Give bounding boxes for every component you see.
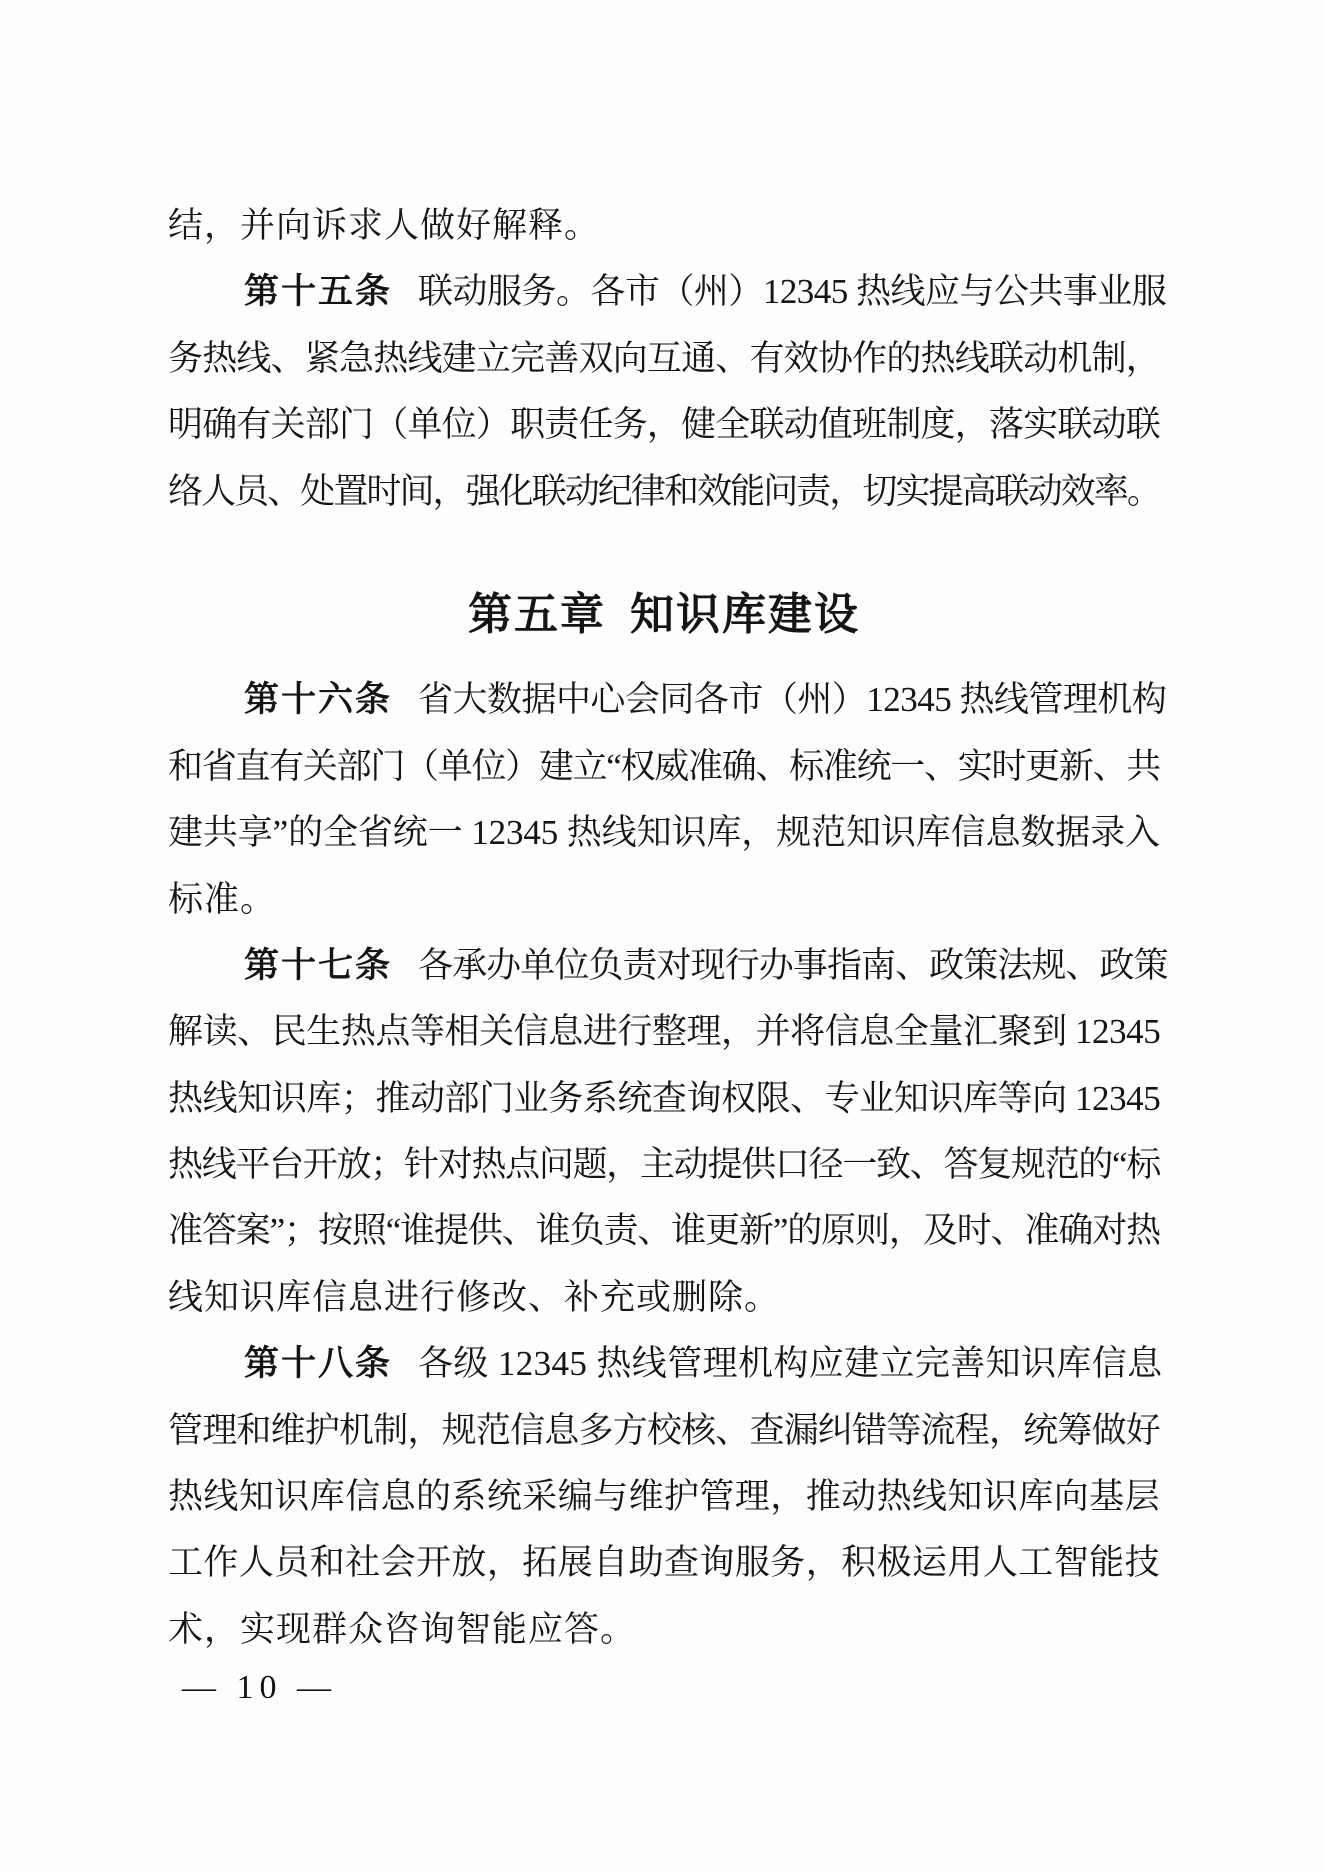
article-number-label: 第十六条 — [244, 680, 392, 719]
body-line: 术，实现群众咨询智能应答。 — [168, 1597, 1160, 1663]
body-line: 准答案”；按照“谁提供、谁负责、谁更新”的原则，及时、准确对热 — [168, 1198, 1160, 1264]
body-line: 明确有关部门（单位）职责任务，健全联动值班制度，落实联动联 — [168, 392, 1160, 458]
body-line-article-16: 第十六条省大数据中心会同各市（州）12345 热线管理机构 — [168, 667, 1160, 733]
body-line-text: 各级 12345 热线管理机构应建立完善知识库信息 — [418, 1344, 1162, 1383]
body-line: 线知识库信息进行修改、补充或删除。 — [168, 1265, 1160, 1331]
page-number: — 10 — — [182, 1666, 337, 1710]
article-number-label: 第十七条 — [244, 946, 392, 985]
body-line: 标准。 — [168, 867, 1160, 933]
body-line: 建共享”的全省统一 12345 热线知识库，规范知识库信息数据录入 — [168, 800, 1160, 866]
body-line: 和省直有关部门（单位）建立“权威准确、标准统一、实时更新、共 — [168, 734, 1160, 800]
body-line: 解读、民生热点等相关信息进行整理，并将信息全量汇聚到 12345 — [168, 999, 1160, 1065]
body-line-article-18: 第十八条各级 12345 热线管理机构应建立完善知识库信息 — [168, 1331, 1160, 1397]
document-page: 结，并向诉求人做好解释。 第十五条联动服务。各市（州）12345 热线应与公共事… — [0, 0, 1323, 1871]
body-line: 络人员、处置时间，强化联动纪律和效能问责，切实提高联动效率。 — [168, 459, 1160, 525]
body-line-article-15: 第十五条联动服务。各市（州）12345 热线应与公共事业服 — [168, 259, 1160, 325]
chapter-title: 知识库建设 — [630, 590, 860, 639]
chapter-heading: 第五章知识库建设 — [168, 582, 1160, 648]
body-line: 管理和维护机制，规范信息多方校核、查漏纠错等流程，统筹做好 — [168, 1398, 1160, 1464]
body-line: 务热线、紧急热线建立完善双向互通、有效协作的热线联动机制， — [168, 326, 1160, 392]
body-line: 热线平台开放；针对热点问题，主动提供口径一致、答复规范的“标 — [168, 1132, 1160, 1198]
body-line: 热线知识库；推动部门业务系统查询权限、专业知识库等向 12345 — [168, 1066, 1160, 1132]
body-line: 热线知识库信息的系统采编与维护管理，推动热线知识库向基层 — [168, 1464, 1160, 1530]
article-number-label: 第十八条 — [244, 1344, 392, 1383]
body-line: 结，并向诉求人做好解释。 — [168, 193, 1160, 259]
body-line: 工作人员和社会开放，拓展自助查询服务，积极运用人工智能技 — [168, 1530, 1160, 1596]
document-body: 结，并向诉求人做好解释。 第十五条联动服务。各市（州）12345 热线应与公共事… — [168, 193, 1160, 1663]
body-line-text: 联动服务。各市（州）12345 热线应与公共事业服 — [418, 272, 1166, 311]
chapter-number: 第五章 — [468, 590, 606, 639]
body-line-text: 各承办单位负责对现行办事指南、政策法规、政策 — [418, 946, 1168, 985]
body-line-article-17: 第十七条各承办单位负责对现行办事指南、政策法规、政策 — [168, 933, 1160, 999]
body-line-text: 省大数据中心会同各市（州）12345 热线管理机构 — [418, 680, 1166, 719]
article-number-label: 第十五条 — [244, 272, 392, 311]
